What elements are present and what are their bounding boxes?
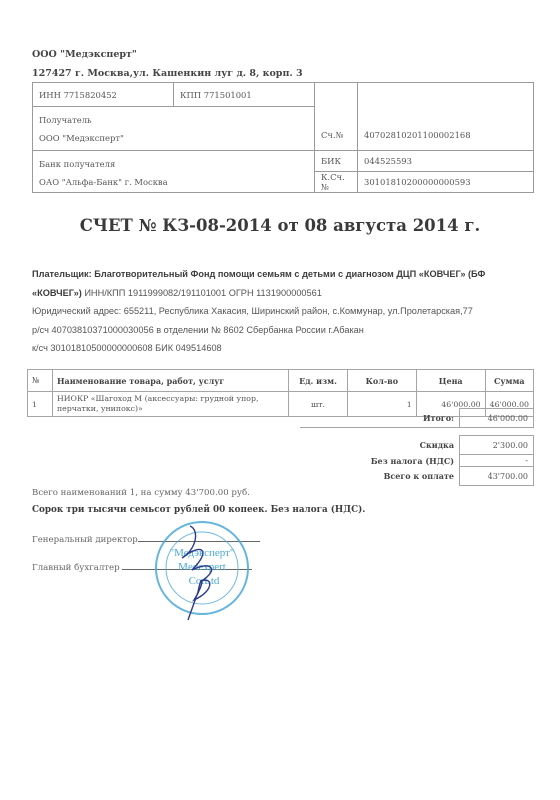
account-label: Сч.№ xyxy=(315,83,358,151)
row-number: 1 xyxy=(28,392,53,417)
discount-value: 2'300.00 xyxy=(460,436,534,455)
col-sum: Сумма xyxy=(485,370,533,392)
col-price: Цена xyxy=(416,370,485,392)
vat-label: Без налога (НДС) xyxy=(300,455,460,467)
payer-legal-address: Юридический адрес: 655211, Республика Ха… xyxy=(32,302,532,321)
total-value: 43'700.00 xyxy=(460,467,534,486)
col-number: № xyxy=(28,370,53,392)
corr-account-value: 30101810200000000593 xyxy=(358,172,534,193)
summary-count-line: Всего наименований 1, на сумму 43'700.00… xyxy=(32,488,250,498)
accountant-sign-underline xyxy=(122,569,252,570)
bank-value: ОАО "Альфа-Банк" г. Москва xyxy=(39,173,308,191)
invoice-title: СЧЕТ № КЗ-08-2014 от 08 августа 2014 г. xyxy=(0,216,560,235)
col-qty: Кол-во xyxy=(347,370,416,392)
director-label: Генеральный директор xyxy=(32,535,138,545)
bank-cell: Банк получателя ОАО "Альфа-Банк" г. Моск… xyxy=(33,151,315,193)
subtotal-value: 46'000.00 xyxy=(460,409,534,428)
seller-address: 127427 г. Москва,ул. Кашенкин луг д. 8, … xyxy=(32,68,303,79)
bank-details-table: ИНН 7715820452 КПП 771501001 Сч.№ 407028… xyxy=(32,82,534,193)
vat-value: - xyxy=(460,455,534,467)
bik-label: БИК xyxy=(315,151,358,172)
row-name: НИОКР «Шагоход М (аксессуары: грудной уп… xyxy=(52,392,288,417)
accountant-label: Главный бухгалтер xyxy=(32,563,120,573)
payer-corr-account: к/сч 30101810500000000608 БИК 049514608 xyxy=(32,339,532,358)
discount-label: Скидка xyxy=(300,436,460,455)
subtotal-label: Итого: xyxy=(300,409,460,428)
summary-amount-words: Сорок три тысячи семьсот рублей 00 копее… xyxy=(32,505,365,515)
corr-account-label: К.Сч.№ xyxy=(315,172,358,193)
payer-label: Плательщик: xyxy=(32,269,92,279)
bik-value: 044525593 xyxy=(358,151,534,172)
recipient-label: Получатель xyxy=(39,111,308,129)
payer-block: Плательщик: Благотворительный Фонд помощ… xyxy=(32,265,532,358)
seller-name: ООО "Медэксперт" xyxy=(32,49,137,60)
payer-account: р/сч 40703810371000030056 в отделении № … xyxy=(32,321,532,340)
kpp-cell: КПП 771501001 xyxy=(174,83,315,107)
total-label: Всего к оплате xyxy=(300,467,460,486)
stamp-text-3: Co.Ltd xyxy=(189,575,220,587)
payer-line: Плательщик: Благотворительный Фонд помощ… xyxy=(32,265,532,302)
inn-cell: ИНН 7715820452 xyxy=(33,83,174,107)
director-signature-line: Генеральный директор xyxy=(32,535,260,545)
bank-label: Банк получателя xyxy=(39,155,308,173)
totals-table: Итого: 46'000.00 Скидка 2'300.00 Без нал… xyxy=(300,408,534,486)
payer-ids: ИНН/КПП 1911999082/191101001 ОГРН 113190… xyxy=(84,288,322,298)
col-name: Наименование товара, работ, услуг xyxy=(52,370,288,392)
accountant-signature-line: Главный бухгалтер xyxy=(32,563,252,573)
recipient-value: ООО "Медэксперт" xyxy=(39,129,308,147)
recipient-cell: Получатель ООО "Медэксперт" xyxy=(33,107,315,151)
director-sign-underline xyxy=(138,541,260,542)
account-value: 40702810201100002168 xyxy=(358,83,534,151)
col-unit: Ед. изм. xyxy=(289,370,348,392)
stamp-text-1: "Медэксперт" xyxy=(170,547,235,559)
